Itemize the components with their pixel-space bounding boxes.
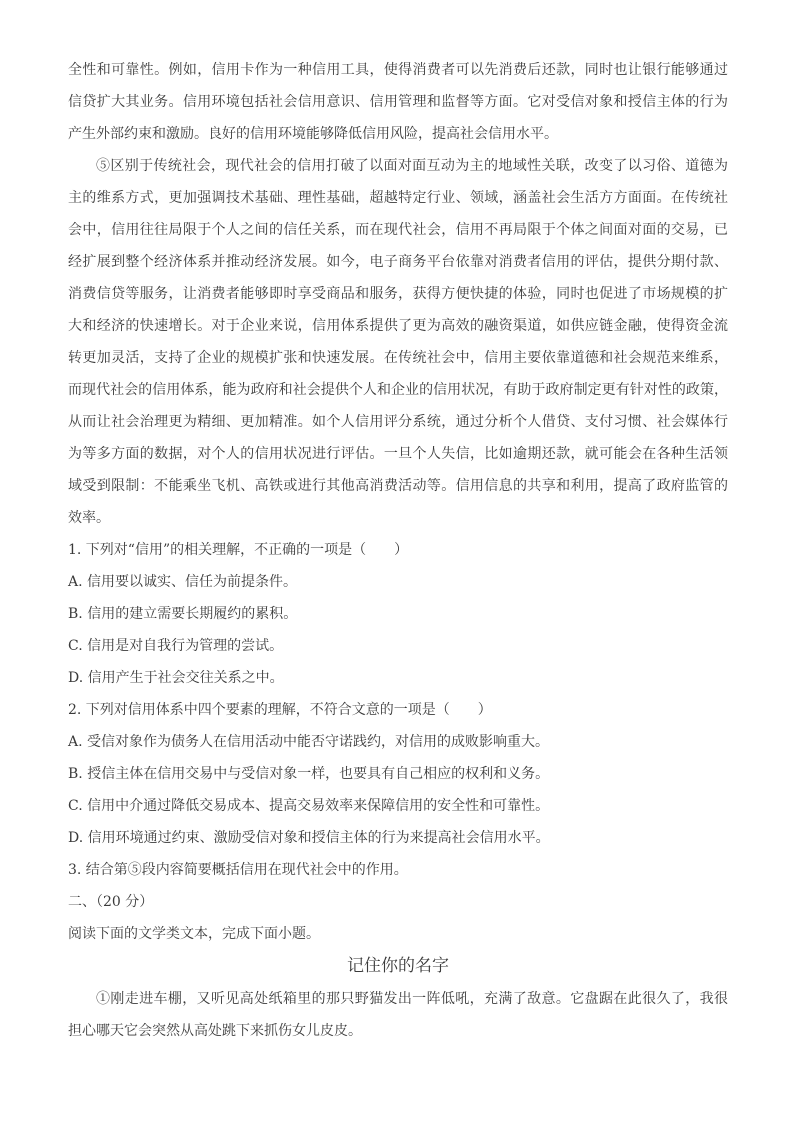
text-line: 担心哪天它会突然从高处跳下来抓伤女儿皮皮。	[68, 1015, 728, 1047]
text-line: ⑤区别于传统社会，现代社会的信用打破了以面对面互动为主的地域性关联，改变了以习俗…	[68, 150, 728, 182]
text-line: 大和经济的快速增长。对于企业来说，信用体系提供了更为高效的融资渠道，如供应链金融…	[68, 310, 728, 342]
question-1-option-a: A. 信用要以诚实、信任为前提条件。	[68, 566, 728, 598]
passage-continuation: 全性和可靠性。例如，信用卡作为一种信用工具，使得消费者可以先消费后还款，同时也让…	[68, 54, 728, 150]
question-2: 2. 下列对信用体系中四个要素的理解，不符合文意的一项是（ ） A. 受信对象作…	[68, 694, 728, 854]
literary-text-title: 记住你的名字	[68, 950, 728, 983]
text-line: 域受到限制：不能乘坐飞机、高铁或进行其他高消费活动等。信用信息的共享和利用，提高…	[68, 470, 728, 502]
text-line: 从而让社会治理更为精细、更加精准。如个人信用评分系统，通过分析个人借贷、支付习惯…	[68, 406, 728, 438]
question-1-option-d: D. 信用产生于社会交往关系之中。	[68, 662, 728, 694]
section-2-instruction: 阅读下面的文学类文本，完成下面小题。	[68, 918, 728, 950]
section-2-header: 二、（20 分）	[68, 886, 728, 918]
text-line: 信贷扩大其业务。信用环境包括社会信用意识、信用管理和监督等方面。它对受信对象和授…	[68, 86, 728, 118]
text-line: 为等多方面的数据，对个人的信用状况进行评估。一旦个人失信，比如逾期还款，就可能会…	[68, 438, 728, 470]
text-line: 主的维系方式，更加强调技术基础、理性基础，超越特定行业、领域，涵盖社会生活方方面…	[68, 182, 728, 214]
exam-document-page: 全性和可靠性。例如，信用卡作为一种信用工具，使得消费者可以先消费后还款，同时也让…	[0, 0, 793, 1122]
question-1-option-c: C. 信用是对自我行为管理的尝试。	[68, 630, 728, 662]
text-line: 效率。	[68, 502, 728, 534]
question-2-option-d: D. 信用环境通过约束、激励受信对象和授信主体的行为来提高社会信用水平。	[68, 822, 728, 854]
text-line: 产生外部约束和激励。良好的信用环境能够降低信用风险，提高社会信用水平。	[68, 118, 728, 150]
text-line: 全性和可靠性。例如，信用卡作为一种信用工具，使得消费者可以先消费后还款，同时也让…	[68, 54, 728, 86]
question-1-prompt: 1. 下列对“信用”的相关理解，不正确的一项是（ ）	[68, 534, 728, 566]
text-line: ①刚走进车棚，又听见高处纸箱里的那只野猫发出一阵低吼，充满了敌意。它盘踞在此很久…	[68, 983, 728, 1015]
question-3-prompt: 3. 结合第⑤段内容简要概括信用在现代社会中的作用。	[68, 854, 728, 886]
text-line: 转更加灵活，支持了企业的规模扩张和快速发展。在传统社会中，信用主要依靠道德和社会…	[68, 342, 728, 374]
text-line: 消费信贷等服务，让消费者能够即时享受商品和服务，获得方便快捷的体验，同时也促进了…	[68, 278, 728, 310]
passage-paragraph-5: ⑤区别于传统社会，现代社会的信用打破了以面对面互动为主的地域性关联，改变了以习俗…	[68, 150, 728, 534]
question-2-option-c: C. 信用中介通过降低交易成本、提高交易效率来保障信用的安全性和可靠性。	[68, 790, 728, 822]
question-2-option-a: A. 受信对象作为债务人在信用活动中能否守诺践约，对信用的成败影响重大。	[68, 726, 728, 758]
question-1: 1. 下列对“信用”的相关理解，不正确的一项是（ ） A. 信用要以诚实、信任为…	[68, 534, 728, 694]
question-2-option-b: B. 授信主体在信用交易中与受信对象一样，也要具有自己相应的权利和义务。	[68, 758, 728, 790]
text-line: 而现代社会的信用体系，能为政府和社会提供个人和企业的信用状况，有助于政府制定更有…	[68, 374, 728, 406]
literary-paragraph-1: ①刚走进车棚，又听见高处纸箱里的那只野猫发出一阵低吼，充满了敌意。它盘踞在此很久…	[68, 983, 728, 1047]
text-line: 经扩展到整个经济体系并推动经济发展。如今，电子商务平台依靠对消费者信用的评估，提…	[68, 246, 728, 278]
question-1-option-b: B. 信用的建立需要长期履约的累积。	[68, 598, 728, 630]
question-2-prompt: 2. 下列对信用体系中四个要素的理解，不符合文意的一项是（ ）	[68, 694, 728, 726]
text-line: 会中，信用往往局限于个人之间的信任关系，而在现代社会，信用不再局限于个体之间面对…	[68, 214, 728, 246]
